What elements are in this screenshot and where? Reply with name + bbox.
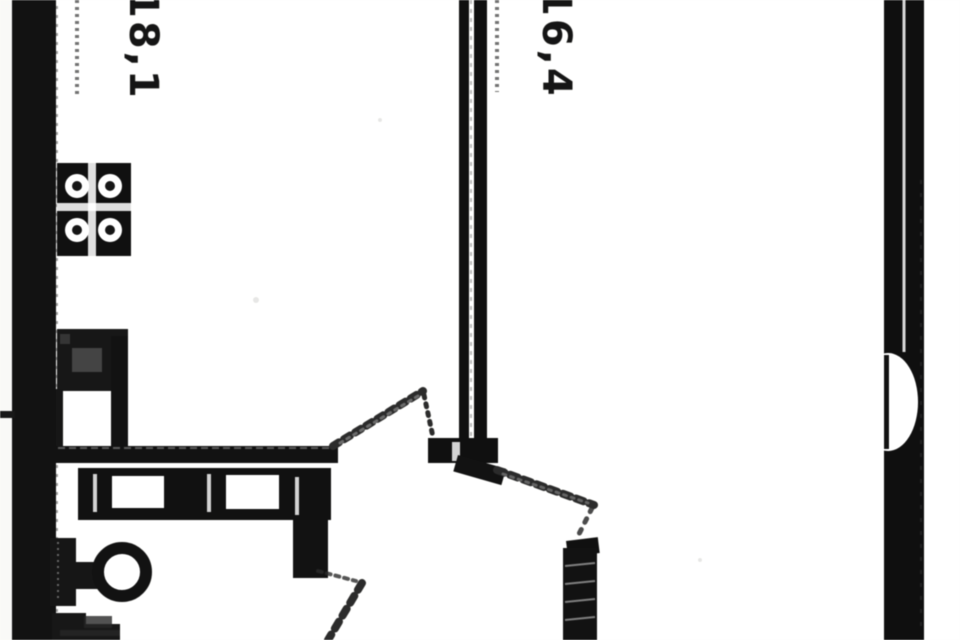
door-jamb-tick-icon (0, 411, 15, 418)
left-room-dimension-text: 18,1 (120, 0, 166, 101)
floor-plan-drawing: 18,1 (0, 0, 960, 640)
floor-plan-scan: 18,1 (0, 0, 960, 640)
bathroom-wall-stub-icon (563, 537, 600, 640)
left-paper-margin (0, 0, 12, 640)
center-room-dimension-text: 16,4 (533, 0, 579, 99)
kitchen-stove-icon (57, 163, 131, 256)
partition-end-column-icon (293, 520, 328, 578)
partition-top-bar-icon (55, 446, 338, 463)
